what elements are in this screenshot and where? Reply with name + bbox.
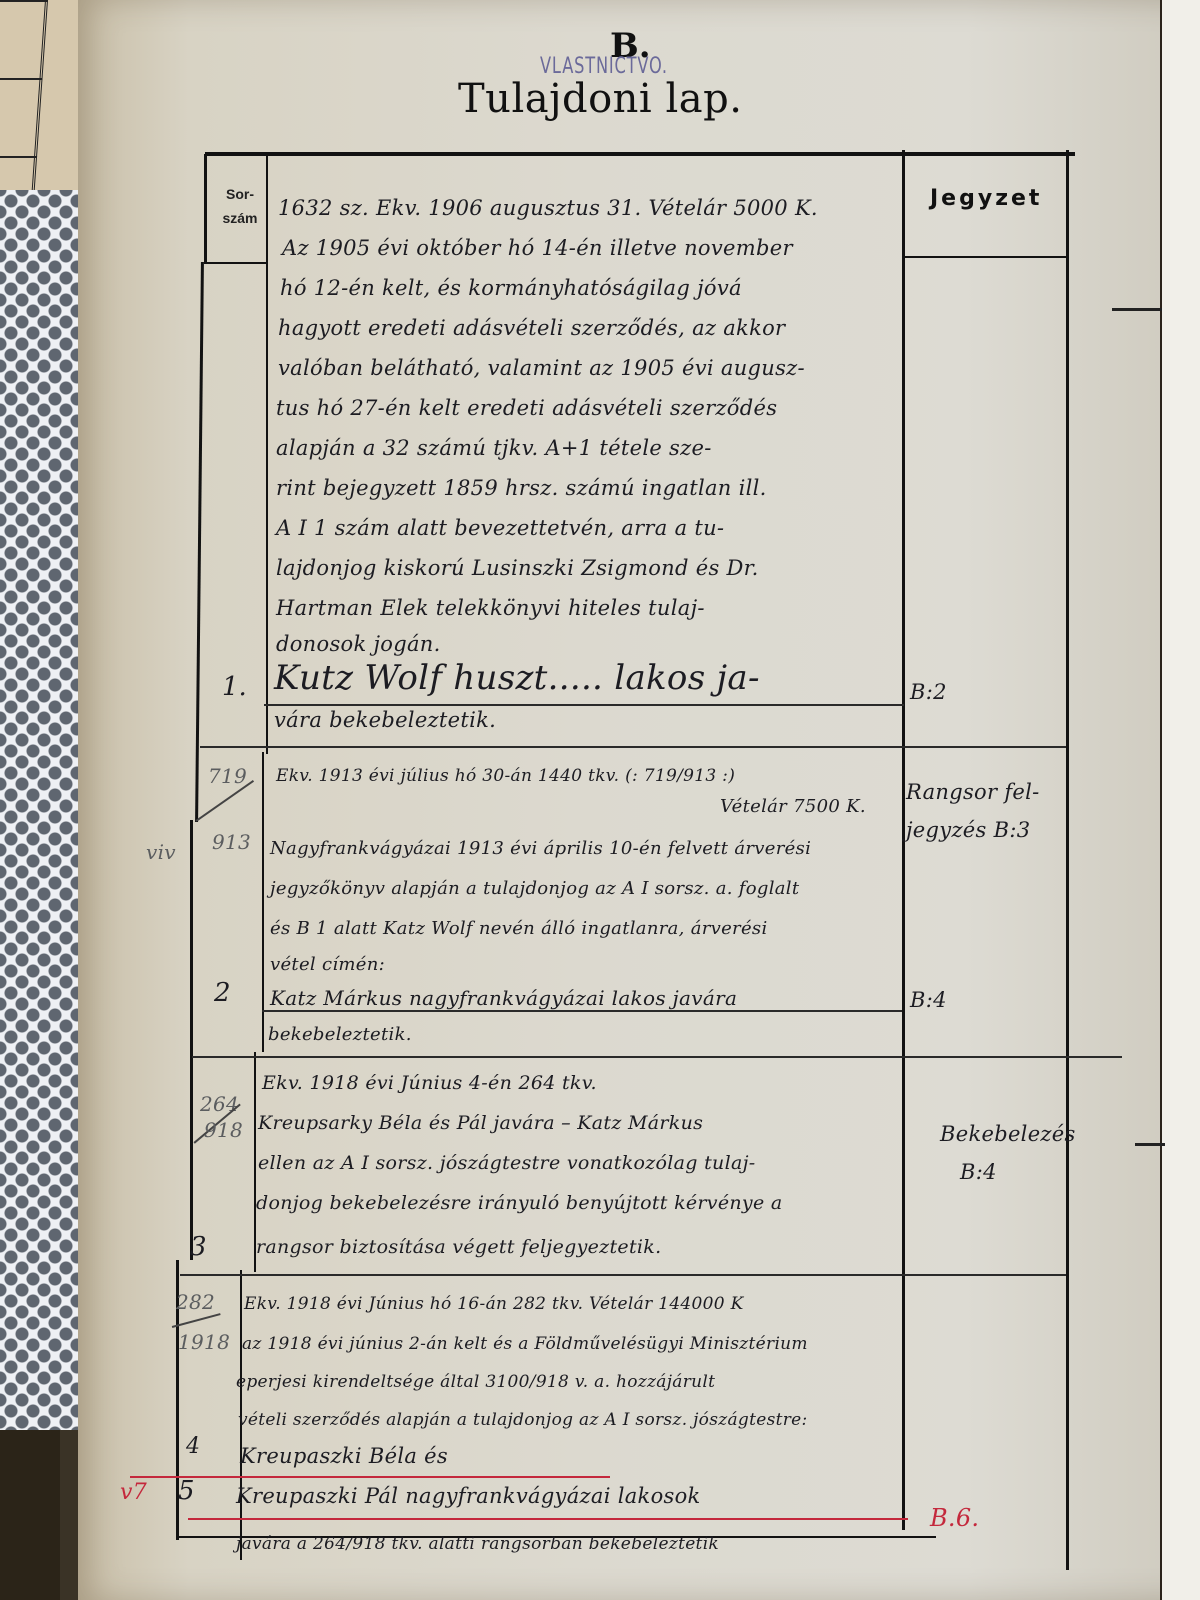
entry-line: Az 1905 évi október hó 14-én illetve nov…: [282, 236, 793, 260]
entry-line: és B 1 alatt Katz Wolf nevén álló ingatl…: [270, 918, 768, 939]
serial-column-divider: [266, 154, 268, 754]
serial-number: 5: [178, 1476, 195, 1506]
entry-line: 1632 sz. Ekv. 1906 augusztus 31. Vételár…: [278, 196, 818, 220]
entry-line: ellen az A I sorsz. jószágtestre vonatko…: [258, 1152, 756, 1174]
note-reference: B:4: [910, 988, 947, 1012]
serial-header-line2: szám: [214, 206, 266, 230]
entry-line: Ekv. 1918 évi Június hó 16-án 282 tkv. V…: [244, 1294, 744, 1314]
margin-ref-bottom: 1918: [178, 1330, 230, 1354]
serial-header-underline: [204, 262, 268, 264]
margin-ref-bottom: 913: [212, 830, 251, 854]
serial-number: 1.: [222, 672, 247, 702]
owner-name-line: Kreupaszki Pál nagyfrankvágyázai lakosok: [236, 1484, 701, 1508]
note-reference: B:2: [910, 680, 947, 704]
table-left-border: [190, 820, 193, 1260]
table-left-border-top: [204, 154, 207, 264]
note-line: Rangsor fel-: [906, 780, 1040, 804]
serial-column-divider: [262, 752, 264, 1052]
entry-line: Kreupsarky Béla és Pál javára – Katz Már…: [258, 1112, 703, 1134]
owner-underline: [262, 1010, 902, 1012]
serial-number: 2: [214, 978, 231, 1008]
page-title: Tulajdoni lap.: [458, 76, 742, 122]
note-header-underline: [905, 256, 1067, 258]
table-right-border: [1066, 150, 1069, 1570]
entry-line: az 1918 évi június 2-án kelt és a Földmű…: [242, 1334, 808, 1354]
note-line: jegyzés B:3: [906, 818, 1030, 842]
entry-line: javára a 264/918 tkv. alatti rangsorban …: [236, 1534, 719, 1554]
entry-line: rint bejegyzett 1859 hrsz. számú ingatla…: [276, 476, 767, 500]
binding-thread-mark: [1112, 308, 1162, 311]
entry-line: donosok jogán.: [276, 632, 441, 656]
entry-line: A I 1 szám alatt bevezettetvén, arra a t…: [276, 516, 724, 540]
entry-line: lajdonjog kiskorú Lusinszki Zsigmond és …: [276, 556, 759, 580]
margin-ref-top: 719: [208, 764, 247, 788]
serial-number: 4: [186, 1434, 200, 1459]
row-divider: [200, 746, 1066, 748]
entry-line: donjog bekebelezésre irányuló benyújtott…: [256, 1192, 782, 1214]
entry-line: bekebeleztetik.: [268, 1024, 412, 1045]
red-underline: [130, 1476, 610, 1478]
margin-pencil-note: viv: [146, 840, 176, 864]
entry-line: Hartman Elek telekkönyvi hiteles tulaj-: [276, 596, 705, 620]
entry-line: vétel címén:: [270, 954, 385, 975]
entry-line: valóban belátható, valamint az 1905 évi …: [278, 356, 805, 380]
entry-line: Nagyfrankvágyázai 1913 évi április 10-én…: [270, 838, 811, 859]
entry-line: hagyott eredeti adásvételi szerződés, az…: [278, 316, 785, 340]
row-divider: [180, 1274, 1066, 1276]
note-line: Bekebelezés: [940, 1122, 1076, 1146]
note-column-divider: [902, 150, 905, 1530]
entry-line: Ekv. 1918 évi Június 4-én 264 tkv.: [262, 1072, 597, 1094]
page-edge: [1162, 0, 1200, 1600]
entry-line: Vételár 7500 K.: [720, 796, 866, 817]
serial-column-header: Sor- szám: [214, 182, 266, 230]
table-top-border: [205, 152, 1075, 156]
entry-line: Ekv. 1913 évi július hó 30-án 1440 tkv. …: [276, 766, 735, 786]
dark-background-corner: [0, 1430, 60, 1600]
margin-ref-bottom: 918: [204, 1118, 243, 1142]
entry-line: hó 12-én kelt, és kormányhatóságilag jóv…: [280, 276, 742, 300]
entry-line: alapján a 32 számú tjkv. A+1 tétele sze-: [276, 436, 712, 460]
note-column-header: Jegyzet: [930, 186, 1042, 211]
entry-line: vételi szerződés alapján a tulajdonjog a…: [238, 1410, 808, 1430]
margin-ref-top: 282: [176, 1290, 215, 1314]
serial-number: 3: [190, 1232, 207, 1262]
entry-line: vára bekebeleztetik.: [274, 708, 496, 732]
owner-name-line: Katz Márkus nagyfrankvágyázai lakos javá…: [270, 986, 737, 1010]
margin-ref-top: 264: [200, 1092, 239, 1116]
owner-name-line: Kutz Wolf huszt..... lakos ja-: [274, 658, 760, 698]
note-reference: B.6.: [930, 1504, 979, 1532]
margin-red-note: v7: [120, 1480, 147, 1505]
entry-line: rangsor biztosítása végett feljegyezteti…: [256, 1236, 661, 1258]
binding-thread-mark: [1135, 1143, 1165, 1146]
owner-underline: [264, 704, 904, 706]
owner-name-line: Kreupaszki Béla és: [240, 1444, 448, 1468]
entry-line: eperjesi kirendeltsége által 3100/918 v.…: [236, 1372, 715, 1392]
entry-line: tus hó 27-én kelt eredeti adásvételi sze…: [276, 396, 777, 420]
row-divider: [192, 1056, 1122, 1058]
note-line: B:4: [960, 1160, 997, 1184]
entry-line: jegyzőkönyv alapján a tulajdonjog az A I…: [270, 878, 799, 899]
serial-header-line1: Sor-: [214, 182, 266, 206]
red-underline: [188, 1518, 908, 1520]
